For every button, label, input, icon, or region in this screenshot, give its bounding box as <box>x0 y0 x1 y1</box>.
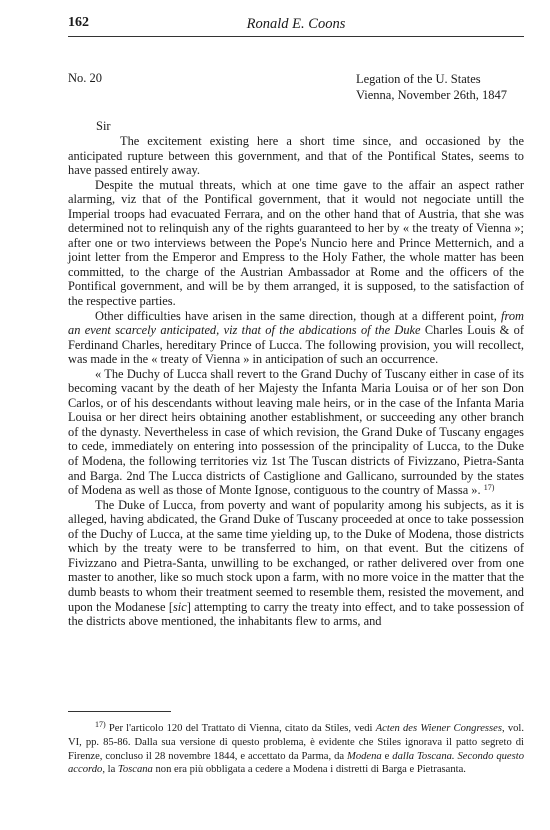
paragraph: Despite the mutual threats, which at one… <box>68 178 524 309</box>
paragraph: Other difficulties have arisen in the sa… <box>68 309 524 367</box>
address-line-2: Vienna, November 26th, 1847 <box>356 87 507 103</box>
letter-address: Legation of the U. States Vienna, Novemb… <box>356 71 507 103</box>
paragraph: « The Duchy of Lucca shall revert to the… <box>68 367 524 498</box>
letter-number: No. 20 <box>68 71 102 86</box>
footnote-17: 17) Per l'articolo 120 del Trattato di V… <box>68 722 524 777</box>
footnote: 17) Per l'articolo 120 del Trattato di V… <box>68 722 524 777</box>
running-head: 162 Ronald E. Coons <box>68 15 524 35</box>
salutation: Sir <box>96 119 111 134</box>
paragraph: The excitement existing here a short tim… <box>68 134 524 178</box>
footnote-marker: 17) <box>95 720 106 729</box>
running-title: Ronald E. Coons <box>68 16 524 33</box>
paragraph: The Duke of Lucca, from poverty and want… <box>68 498 524 629</box>
address-line-1: Legation of the U. States <box>356 71 507 87</box>
letter-body: The excitement existing here a short tim… <box>68 134 524 629</box>
header-rule <box>68 36 524 37</box>
footnote-reference[interactable]: 17) <box>484 483 495 492</box>
footnote-rule <box>68 711 171 712</box>
